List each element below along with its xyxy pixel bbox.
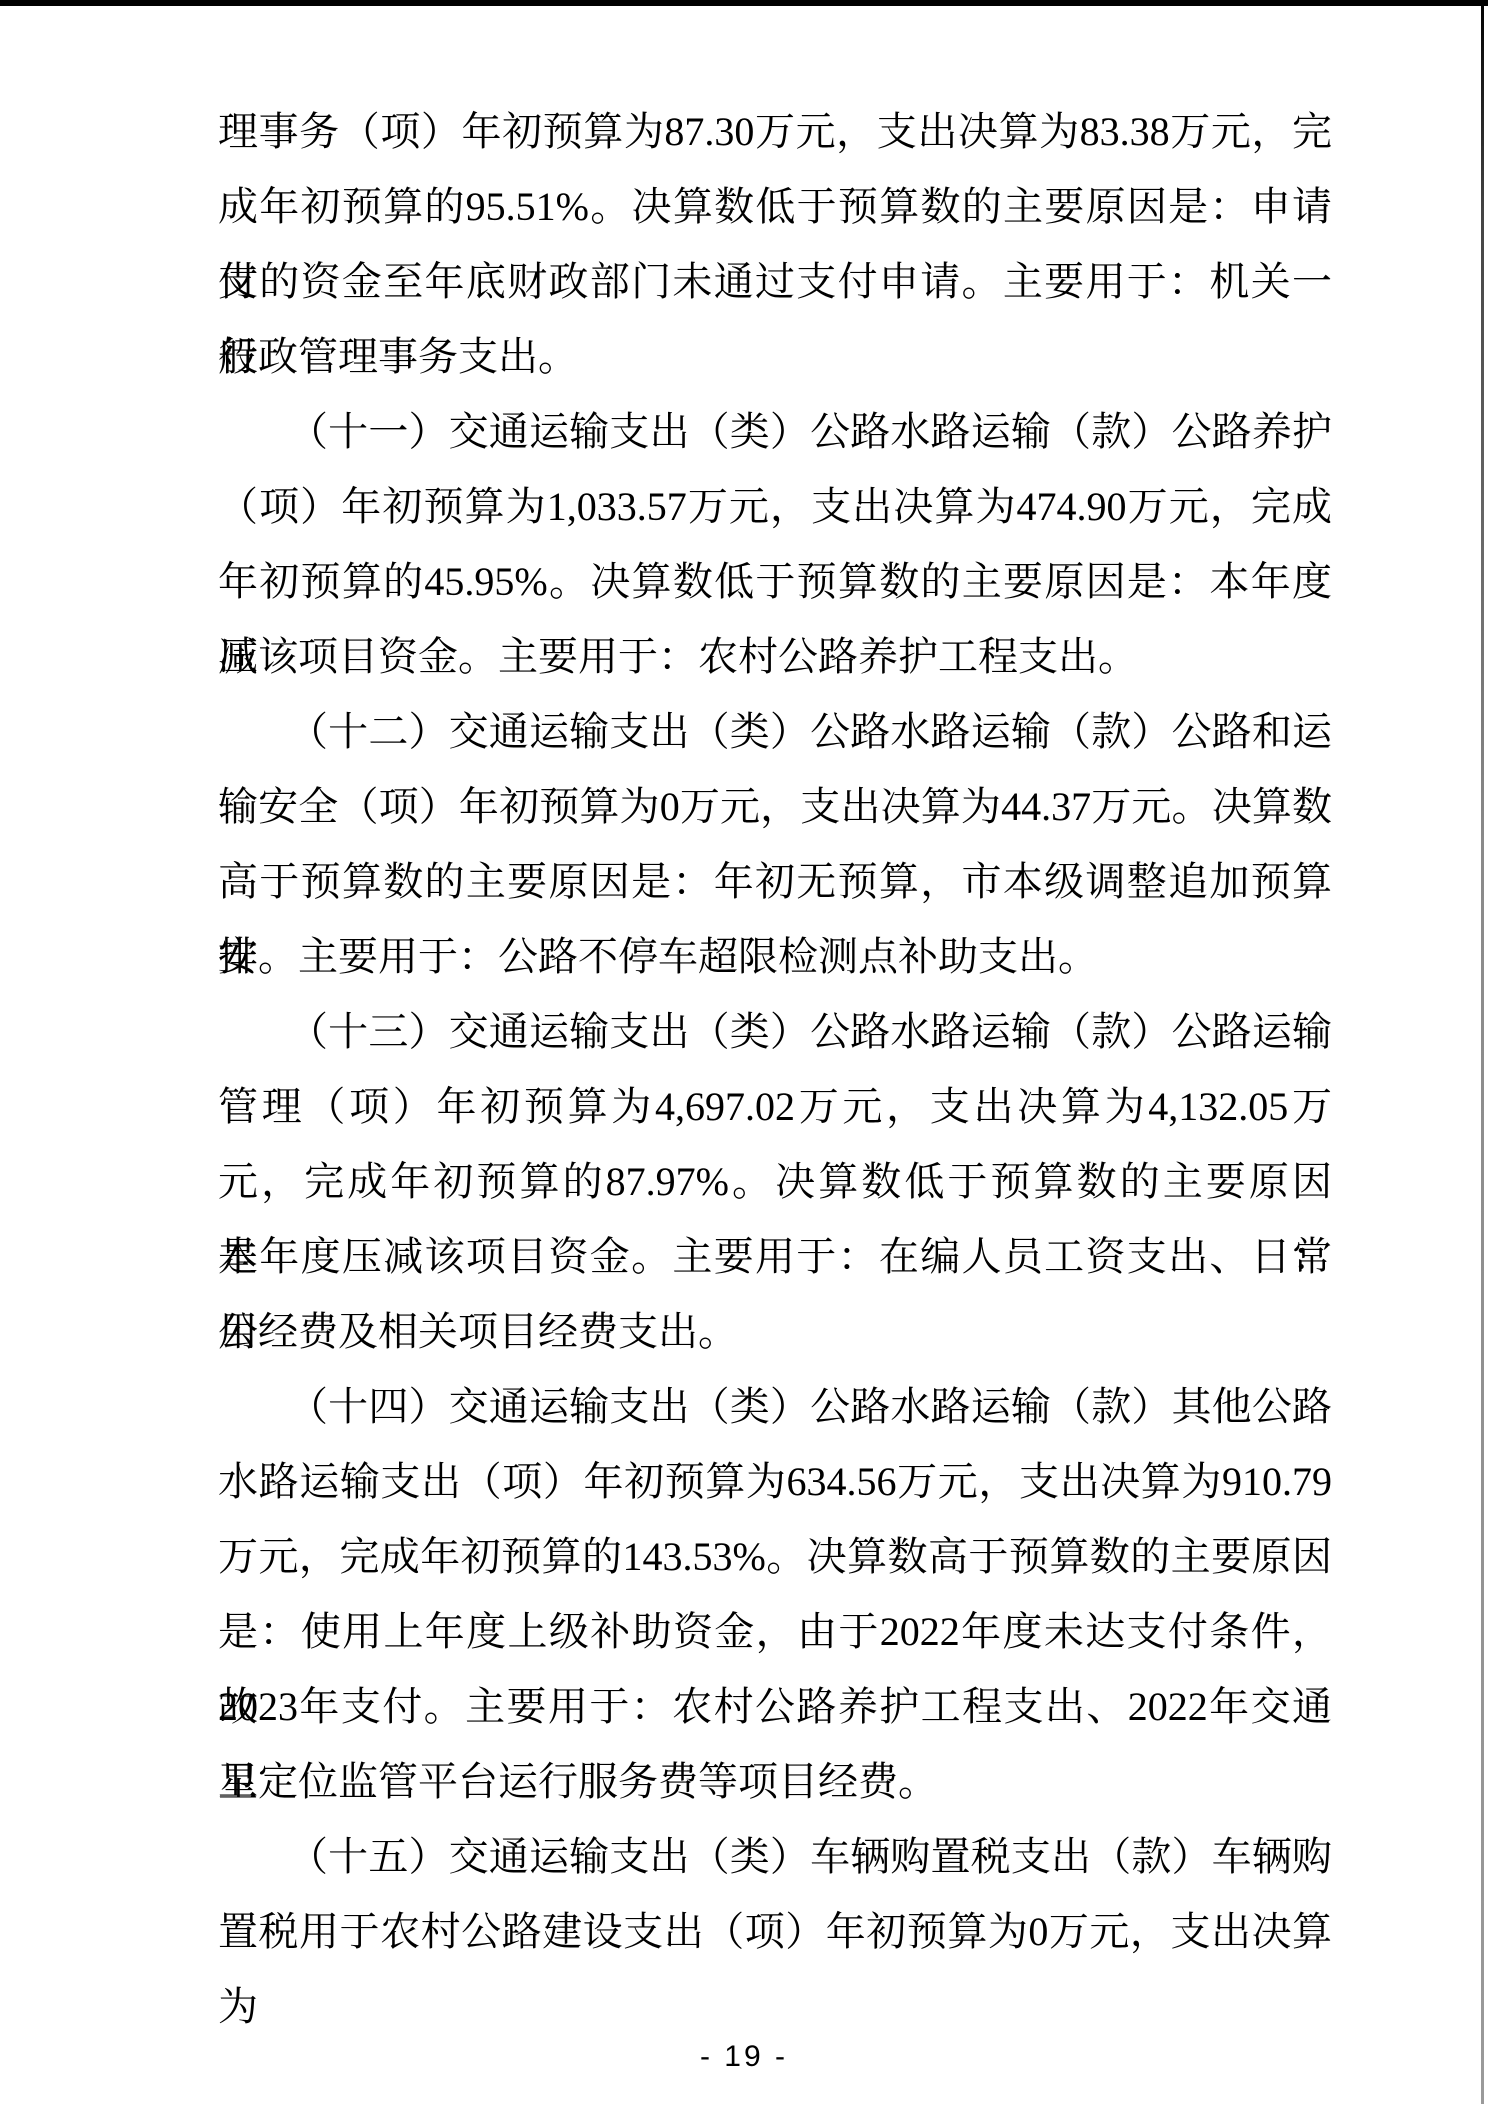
text-line: 是：使用上年度上级补助资金，由于2022年度未达支付条件，故 [218,1594,1332,1669]
document-page: { "page": { "colors": { "background": "#… [0,0,1488,2104]
text-line: 付的资金至年底财政部门未通过支付申请。主要用于：机关一般 [218,244,1332,319]
document-body: 理事务（项）年初预算为87.30万元，支出决算为83.38万元，完成年初预算的9… [218,94,1332,1969]
text-line: （十四）交通运输支出（类）公路水路运输（款）其他公路 [218,1369,1332,1444]
text-line: 理事务（项）年初预算为87.30万元，支出决算为83.38万元，完 [218,94,1332,169]
text-line: 星定位监管平台运行服务费等项目经费。 [218,1744,1332,1819]
text-line: 2023年支付。主要用于：农村公路养护工程支出、2022年交通卫 [218,1669,1332,1744]
text-line: 元，完成年初预算的87.97%。决算数低于预算数的主要原因是： [218,1144,1332,1219]
text-line: （十二）交通运输支出（类）公路水路运输（款）公路和运 [218,694,1332,769]
text-line: 高于预算数的主要原因是：年初无预算，市本级调整追加预算安 [218,844,1332,919]
text-line: 年初预算的45.95%。决算数低于预算数的主要原因是：本年度压 [218,544,1332,619]
text-line: 成年初预算的95.51%。决算数低于预算数的主要原因是：申请支 [218,169,1332,244]
text-line: （十五）交通运输支出（类）车辆购置税支出（款）车辆购 [218,1819,1332,1894]
text-line: 本年度压减该项目资金。主要用于：在编人员工资支出、日常公 [218,1219,1332,1294]
text-line: 水路运输支出（项）年初预算为634.56万元，支出决算为910.79 [218,1444,1332,1519]
text-line: 用经费及相关项目经费支出。 [218,1294,1332,1369]
text-line: 置税用于农村公路建设支出（项）年初预算为0万元，支出决算为 [218,1894,1332,1969]
text-line: 万元，完成年初预算的143.53%。决算数高于预算数的主要原因 [218,1519,1332,1594]
text-line: 行政管理事务支出。 [218,319,1332,394]
scan-artifact-top-bar [0,0,1488,6]
text-line: 排。主要用于：公路不停车超限检测点补助支出。 [218,919,1332,994]
text-line: （十三）交通运输支出（类）公路水路运输（款）公路运输 [218,994,1332,1069]
text-line: （项）年初预算为1,033.57万元，支出决算为474.90万元，完成 [218,469,1332,544]
text-line: 管理（项）年初预算为4,697.02万元，支出决算为4,132.05万 [218,1069,1332,1144]
page-number: - 19 - [0,2040,1488,2074]
text-line: （十一）交通运输支出（类）公路水路运输（款）公路养护 [218,394,1332,469]
text-line: 输安全（项）年初预算为0万元，支出决算为44.37万元。决算数 [218,769,1332,844]
scan-artifact-right-line [1481,0,1484,2104]
text-line: 减该项目资金。主要用于：农村公路养护工程支出。 [218,619,1332,694]
